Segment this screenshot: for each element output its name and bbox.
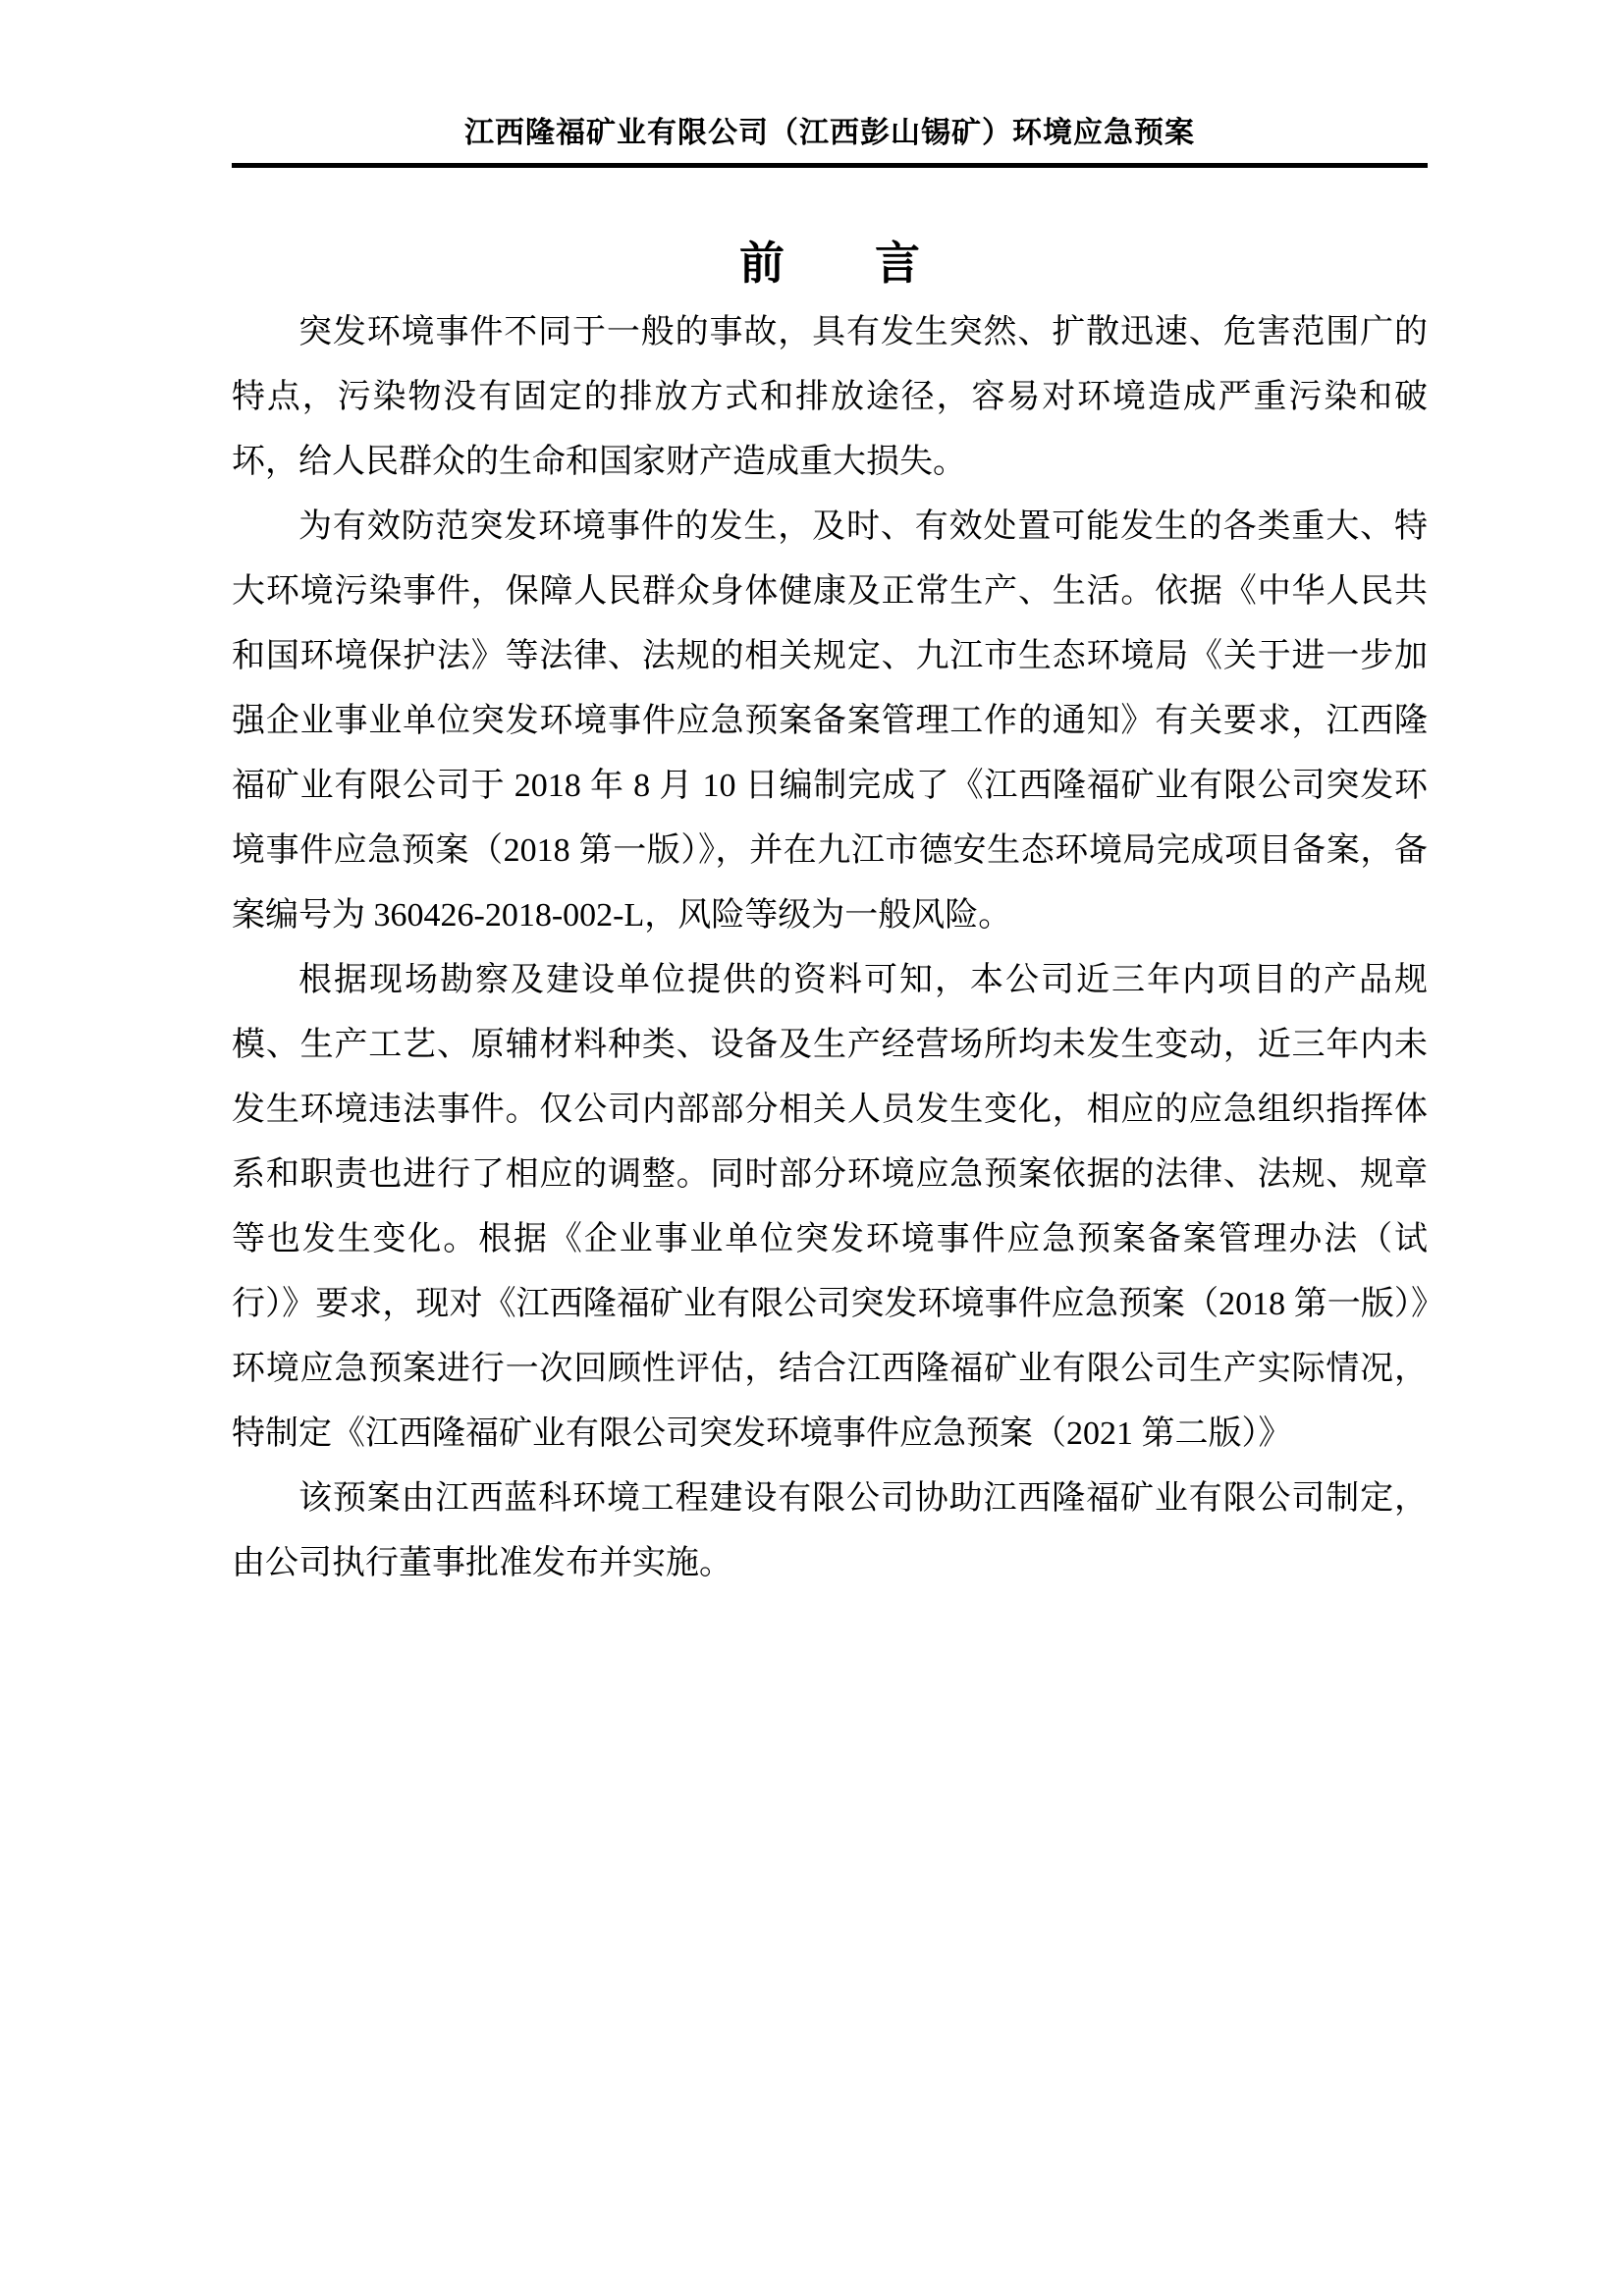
page-header-title: 江西隆福矿业有限公司（江西彭山锡矿）环境应急预案 [232,108,1428,151]
paragraph: 根据现场勘察及建设单位提供的资料可知，本公司近三年内项目的产品规模、生产工艺、原… [232,948,1428,1467]
paragraph: 为有效防范突发环境事件的发生，及时、有效处置可能发生的各类重大、特大环境污染事件… [232,495,1428,948]
paragraph: 该预案由江西蓝科环境工程建设有限公司协助江西隆福矿业有限公司制定，由公司执行董事… [232,1467,1428,1596]
document-body: 突发环境事件不同于一般的事故，具有发生突然、扩散迅速、危害范围广的特点，污染物没… [232,300,1428,1596]
page-title: 前 言 [232,228,1428,293]
header-rule [232,163,1428,168]
document-page: 江西隆福矿业有限公司（江西彭山锡矿）环境应急预案 前 言 突发环境事件不同于一般… [0,0,1624,2296]
paragraph: 突发环境事件不同于一般的事故，具有发生突然、扩散迅速、危害范围广的特点，污染物没… [232,300,1428,495]
